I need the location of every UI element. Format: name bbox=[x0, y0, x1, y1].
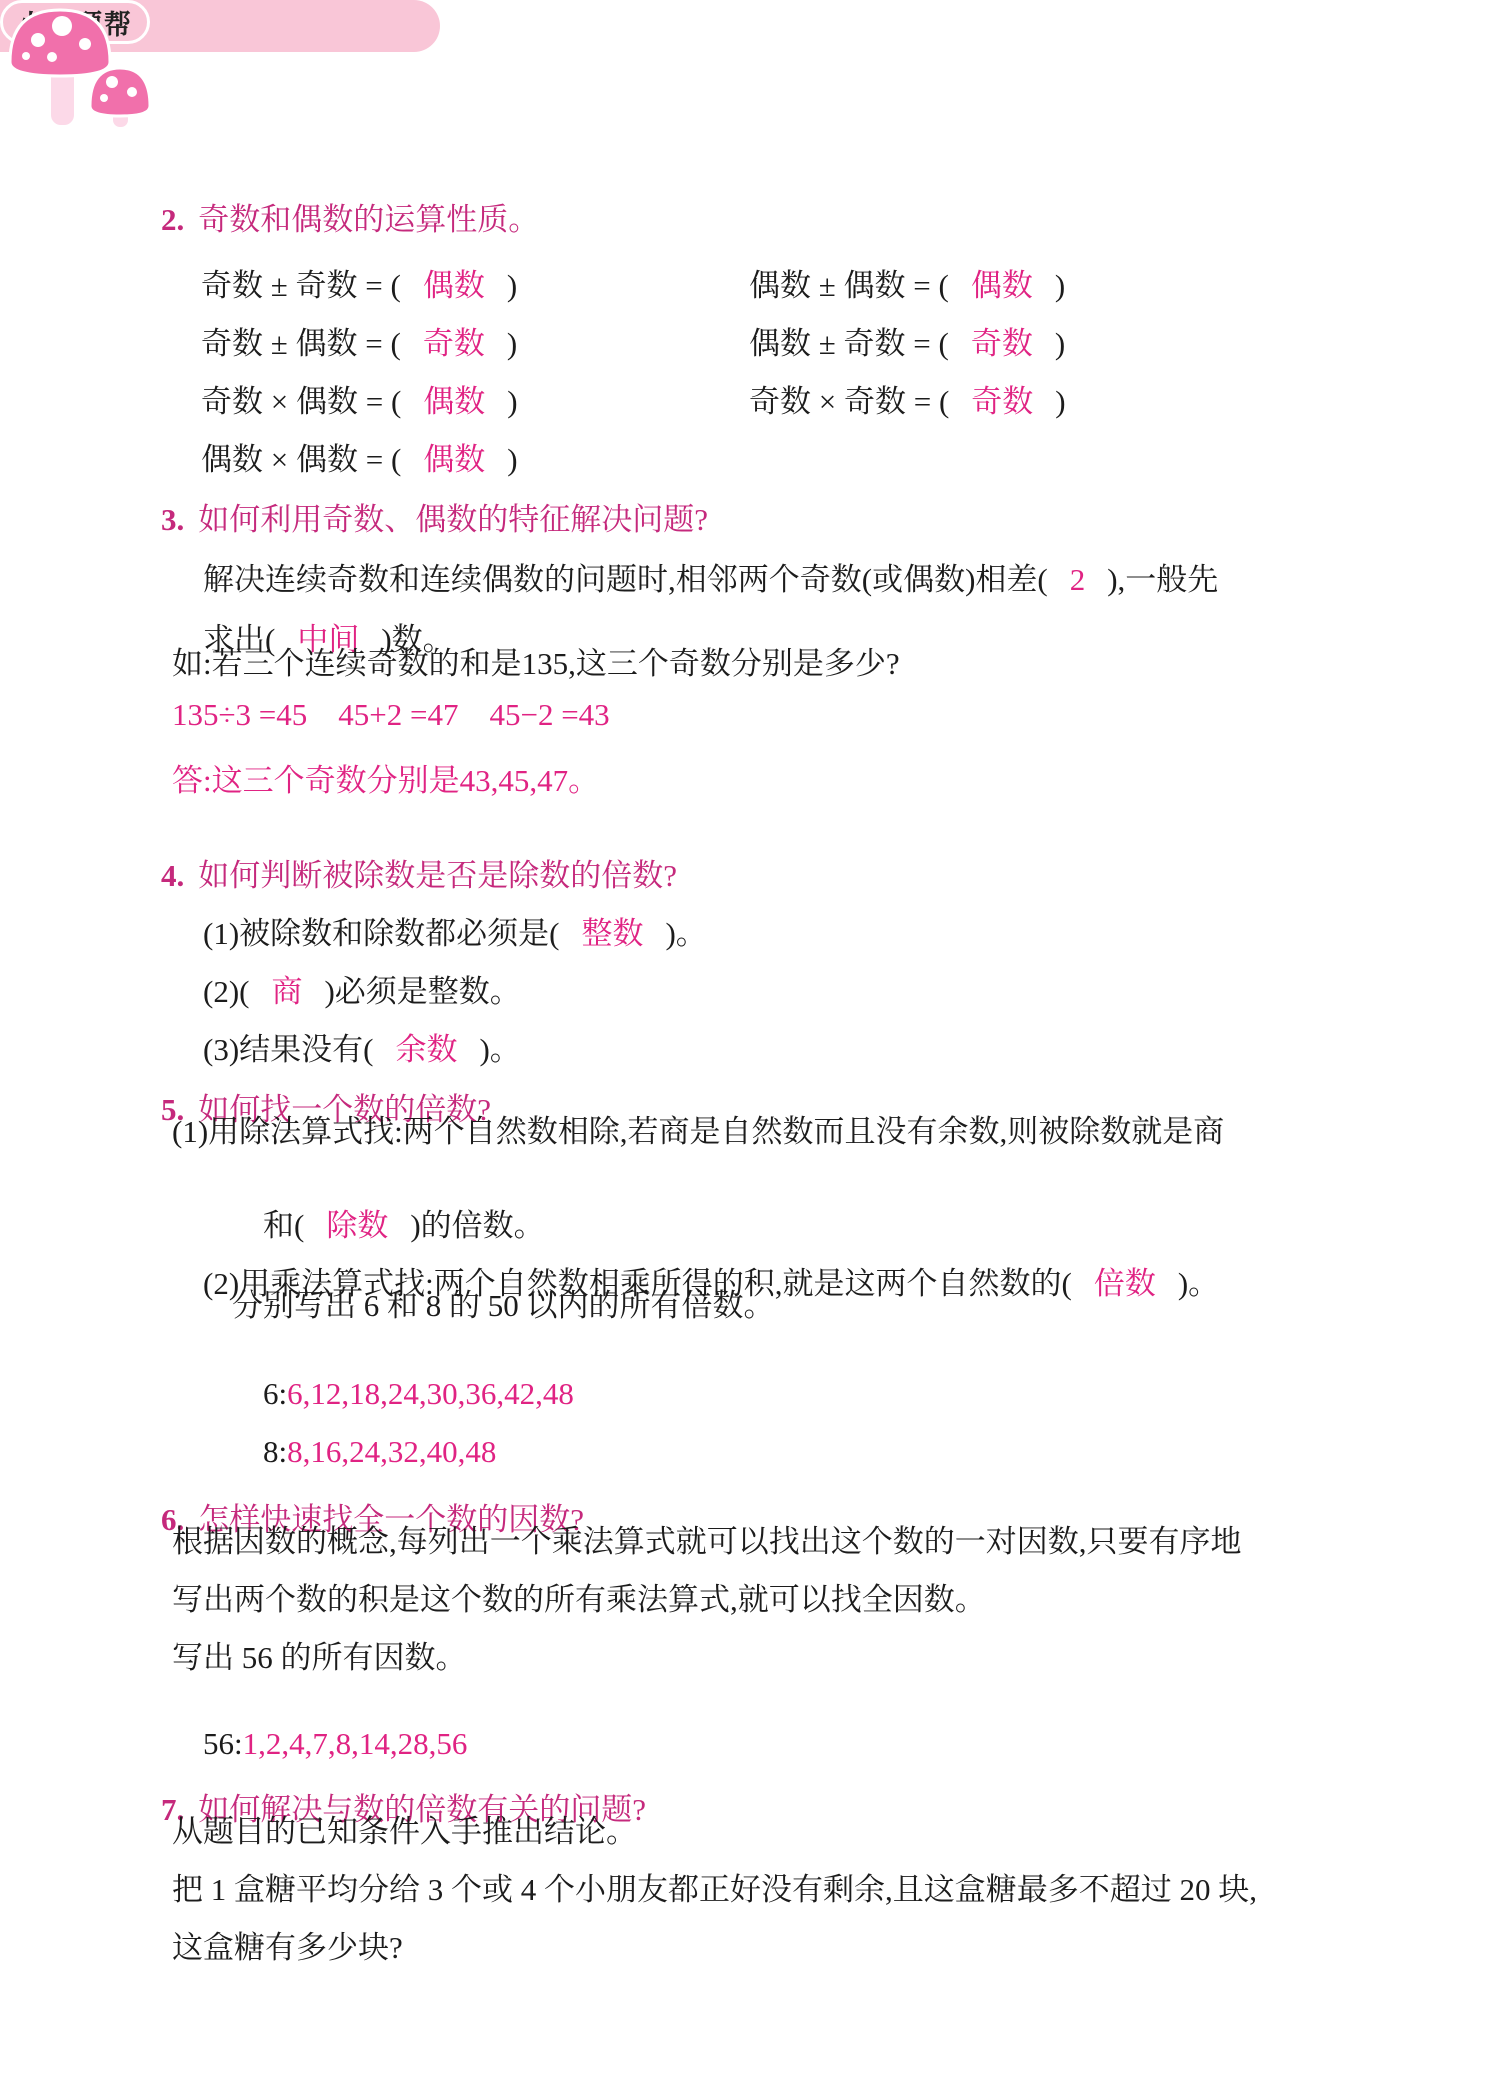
section3-answer: 答:这三个奇数分别是43,45,47。 bbox=[172, 755, 599, 800]
answer-blank: 2 bbox=[1070, 562, 1086, 597]
section7-paragraph-3: 这盒糖有多少块? bbox=[172, 1922, 403, 1967]
section6-paragraph-2: 写出两个数的积是这个数的所有乘法算式,就可以找全因数。 bbox=[172, 1574, 986, 1619]
mushroom-icon bbox=[0, 0, 170, 135]
section5-subtask: 分别写出 6 和 8 的 50 以内的所有倍数。 bbox=[232, 1280, 775, 1325]
workbook-page: 小学题帮 四年级数学·上(冀教) 2.奇数和偶数的运算性质。 奇数 ± 奇数 =… bbox=[0, 0, 1506, 2095]
section3-calculation: 135÷3 =45 45+2 =47 45−2 =43 bbox=[172, 697, 610, 733]
section3-example: 如:若三个连续奇数的和是135,这三个奇数分别是多少? bbox=[172, 638, 900, 683]
section6-paragraph-1: 根据因数的概念,每列出一个乘法算式就可以找出这个数的一对因数,只要有序地 bbox=[172, 1516, 1242, 1561]
section7-paragraph-1: 从题目的已知条件入手推出结论。 bbox=[172, 1806, 637, 1851]
equation-odd-times-odd: 奇数 × 奇数 = (奇数) bbox=[718, 340, 1066, 457]
answer-blank: 整数 bbox=[581, 916, 643, 951]
section7-paragraph-2: 把 1 盒糖平均分给 3 个或 4 个小朋友都正好没有剩余,且这盒糖最多不超过 … bbox=[172, 1864, 1257, 1909]
section6-paragraph-3: 写出 56 的所有因数。 bbox=[172, 1632, 467, 1677]
section5-item1-line1: (1)用除法算式找:两个自然数相除,若商是自然数而且没有余数,则被除数就是商 bbox=[172, 1106, 1224, 1151]
answer-blank: 倍数 bbox=[1094, 1266, 1156, 1301]
answer-blank: 奇数 bbox=[971, 384, 1033, 419]
